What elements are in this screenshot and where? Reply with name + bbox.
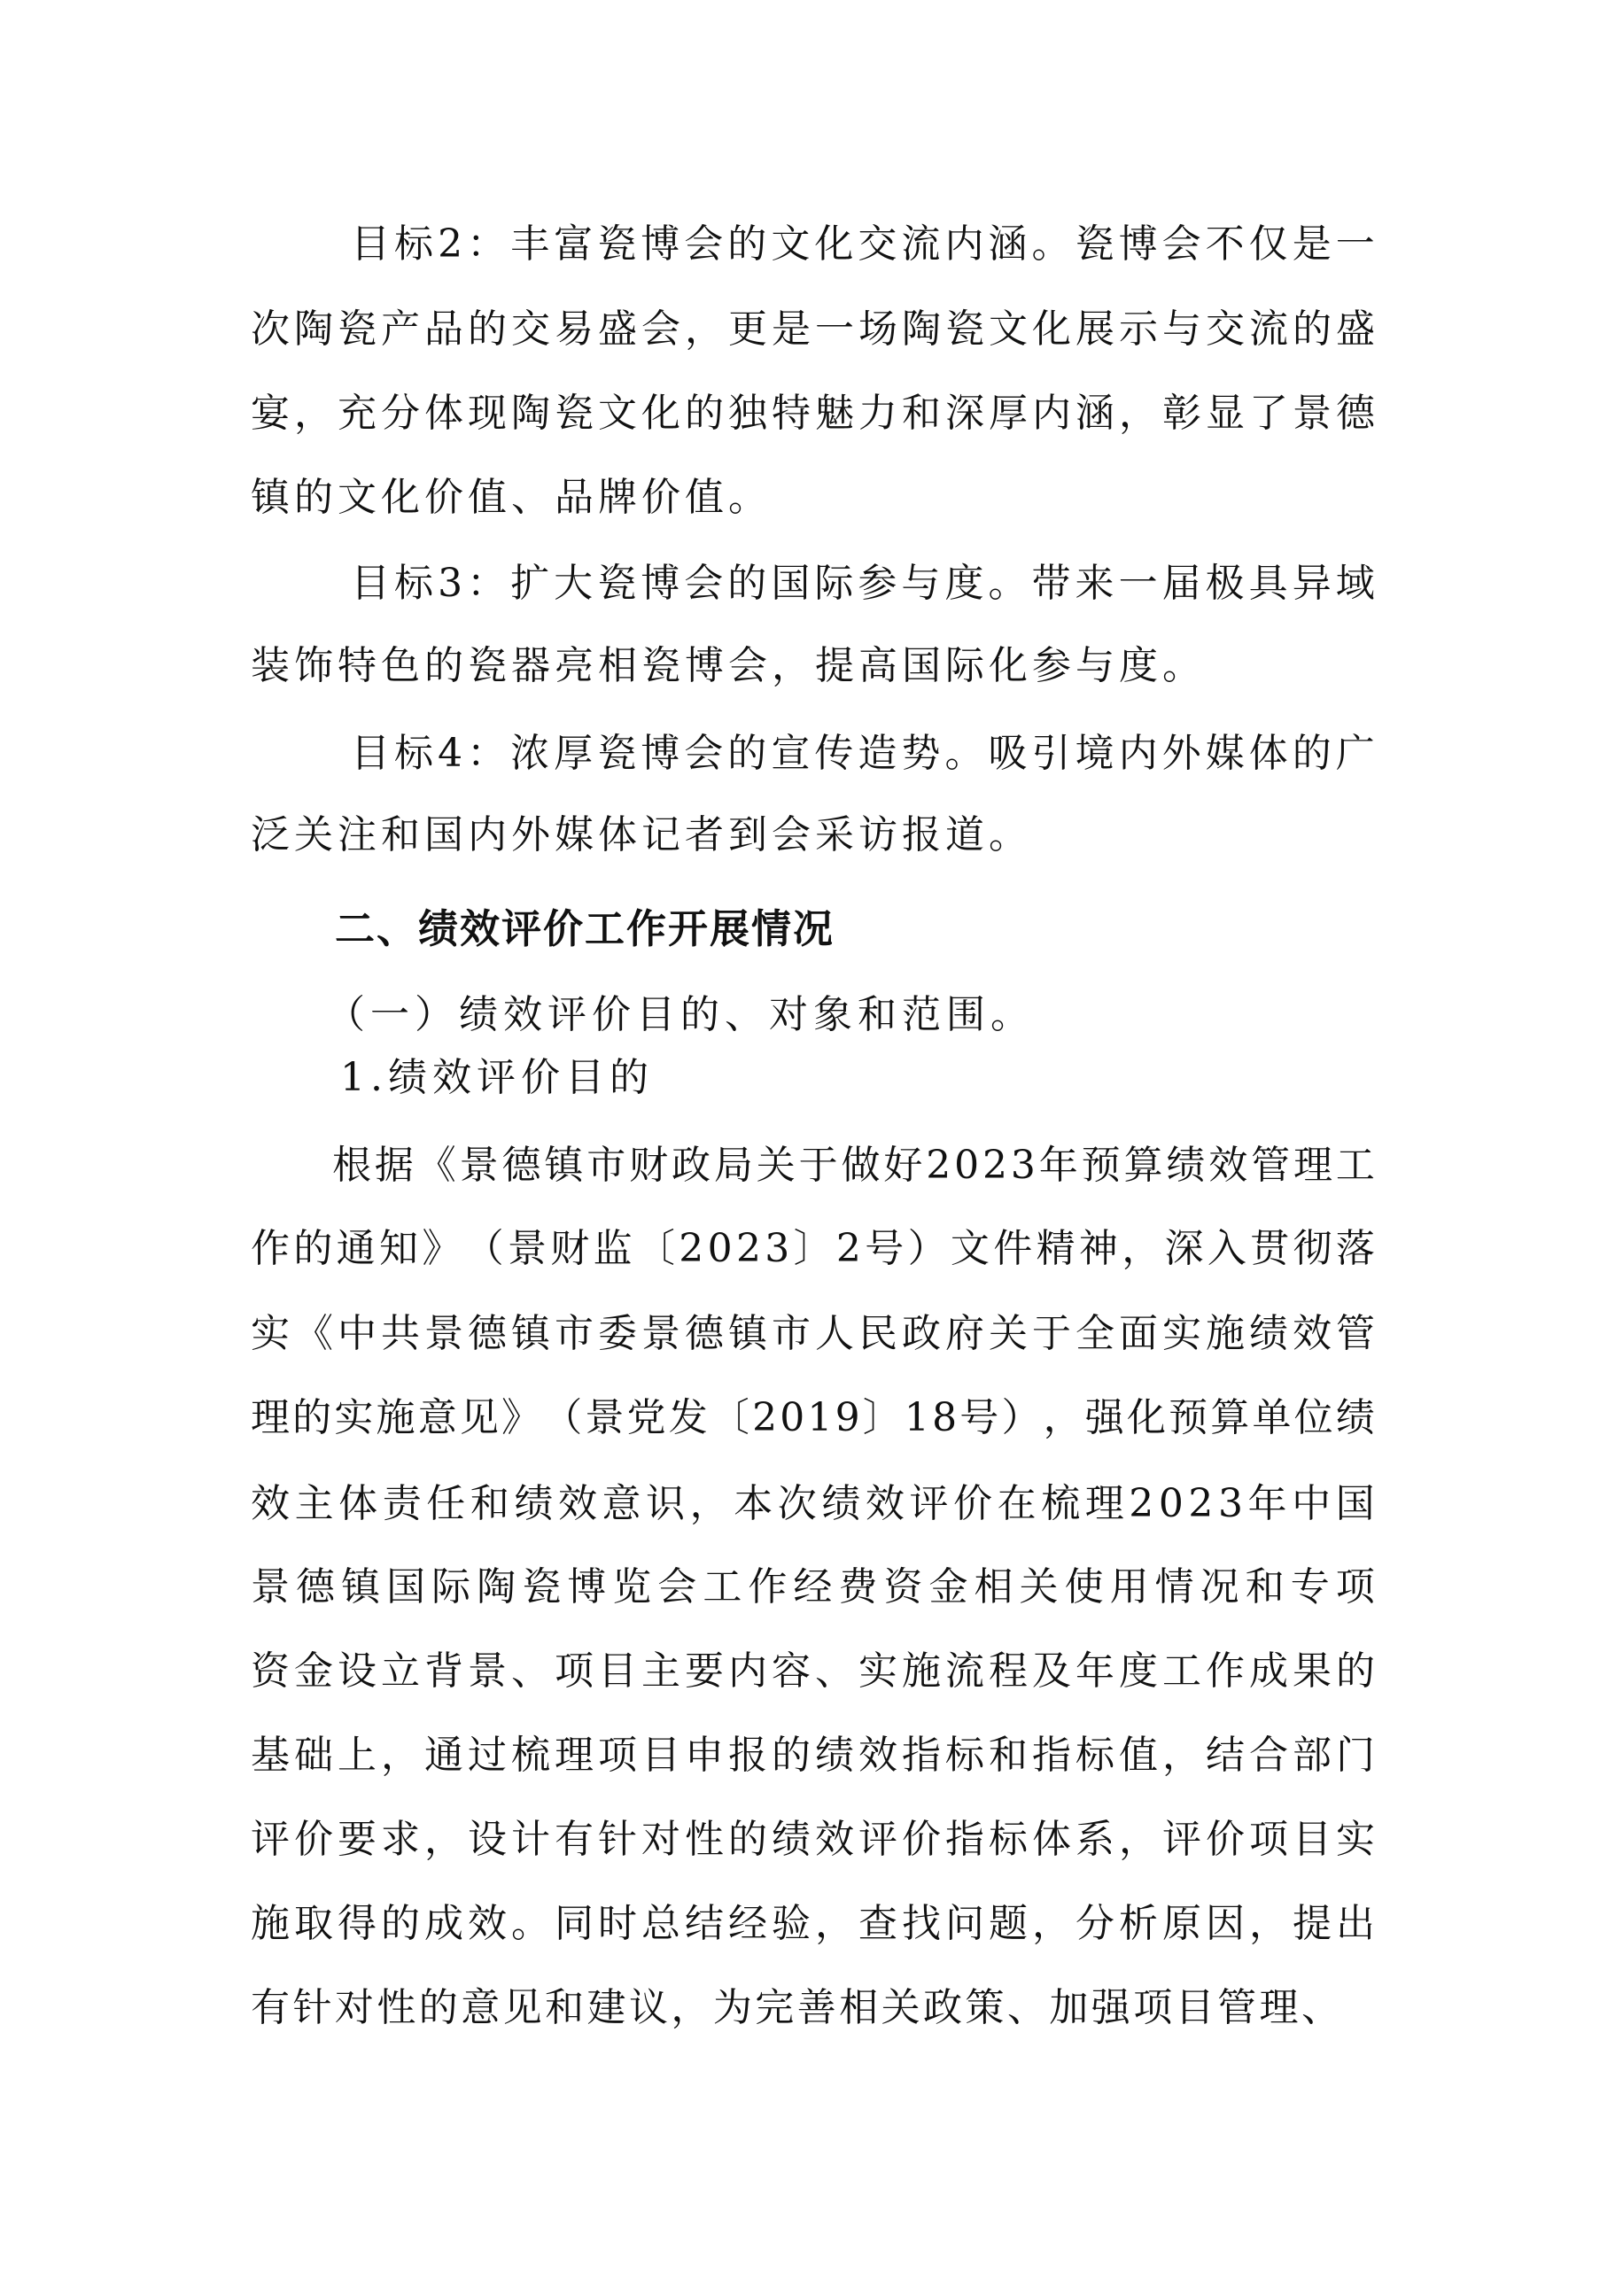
paragraph-line: 根据《景德镇市财政局关于做好2023年预算绩效管理工 xyxy=(251,1144,1375,1188)
paragraph-line: 施取得的成效。同时总结经验，查找问题，分析原因，提出 xyxy=(251,1902,1375,1946)
item-heading: 1.绩效评价目的 xyxy=(340,1056,654,1100)
paragraph-line: 效主体责任和绩效意识，本次绩效评价在梳理2023年中国 xyxy=(251,1482,1375,1526)
paragraph-line: 目标3：扩大瓷博会的国际参与度。带来一届极具异域 xyxy=(251,562,1375,606)
paragraph-line: 泛关注和国内外媒体记者到会采访报道。 xyxy=(251,813,1375,857)
document-page: 目标2：丰富瓷博会的文化交流内涵。瓷博会不仅是一 次陶瓷产品的交易盛会，更是一场… xyxy=(0,0,1623,2296)
section-heading: 二、绩效评价工作开展情况 xyxy=(335,907,835,951)
paragraph-line: 实《中共景德镇市委景德镇市人民政府关于全面实施绩效管 xyxy=(251,1312,1375,1356)
paragraph-line: 目标4：浓厚瓷博会的宣传造势。吸引境内外媒体的广 xyxy=(251,732,1375,776)
paragraph-line: 资金设立背景、项目主要内容、实施流程及年度工作成果的 xyxy=(251,1649,1375,1694)
paragraph-line: 目标2：丰富瓷博会的文化交流内涵。瓷博会不仅是一 xyxy=(251,222,1375,267)
paragraph-line: 评价要求，设计有针对性的绩效评价指标体系，评价项目实 xyxy=(251,1818,1375,1862)
paragraph-line: 宴，充分体现陶瓷文化的独特魅力和深厚内涵，彰显了景德 xyxy=(251,392,1375,436)
paragraph-line: 有针对性的意见和建议，为完善相关政策、加强项目管理、 xyxy=(251,1986,1340,2030)
paragraph-line: 镇的文化价值、品牌价值。 xyxy=(251,476,1375,520)
paragraph-line: 景德镇国际陶瓷博览会工作经费资金相关使用情况和专项 xyxy=(251,1565,1375,1610)
paragraph-line: 基础上，通过梳理项目申报的绩效指标和指标值，结合部门 xyxy=(251,1734,1375,1778)
paragraph-line: 作的通知》（景财监〔2023〕2号）文件精神，深入贯彻落 xyxy=(251,1227,1375,1271)
paragraph-line: 次陶瓷产品的交易盛会，更是一场陶瓷文化展示与交流的盛 xyxy=(251,307,1375,352)
paragraph-line: 理的实施意见》（景党发〔2019〕18号），强化预算单位绩 xyxy=(251,1396,1375,1440)
subsection-heading: （一）绩效评价目的、对象和范围。 xyxy=(326,993,1035,1037)
paragraph-line: 装饰特色的瓷器亮相瓷博会，提高国际化参与度。 xyxy=(251,644,1375,688)
